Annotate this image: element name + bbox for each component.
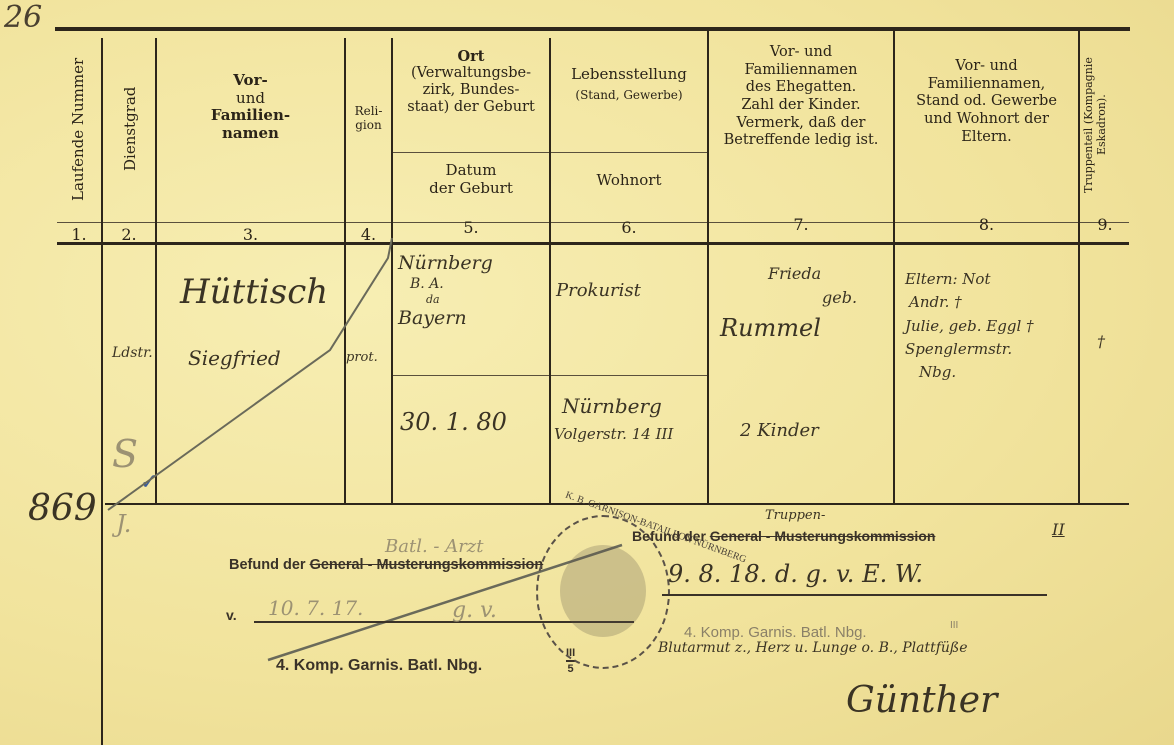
seal-emblem-icon: [560, 545, 646, 637]
finding1-result: g. v.: [452, 598, 497, 623]
finding2-date-line: [662, 594, 1047, 596]
finding2-signature: Günther: [846, 680, 997, 721]
finding2-heading: Befund der General - Musterungskommissio…: [632, 528, 935, 544]
finding1-date-prefix: v.: [226, 607, 237, 623]
finding2-date-result: 9. 8. 18. d. g. v. E. W.: [668, 560, 923, 588]
finding1-heading: Befund der General - Musterungskommissio…: [229, 557, 543, 573]
finding1-pencil-note: Batl. - Arzt: [385, 536, 484, 557]
finding2-diagnosis: Blutarmut z., Herz u. Lunge o. B., Platt…: [658, 640, 968, 656]
finding2-unit-fraction: III: [950, 620, 958, 631]
finding2-overwrite: Truppen-: [765, 508, 825, 523]
finding2-mark: II: [1052, 520, 1065, 539]
finding1-unit-stamp: 4. Komp. Garnis. Batl. Nbg.: [276, 657, 482, 675]
finding1-date-value: 10. 7. 17.: [268, 596, 363, 620]
finding2-unit-stamp: 4. Komp. Garnis. Batl. Nbg.: [684, 624, 867, 641]
corner-mark: J.: [116, 510, 131, 538]
